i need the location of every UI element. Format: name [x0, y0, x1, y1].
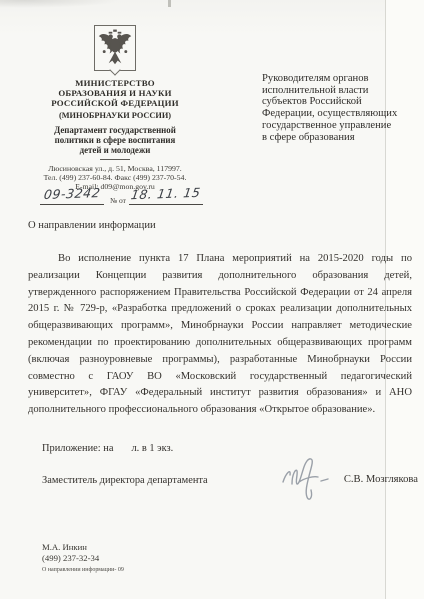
addressee-line: исполнительной власти	[262, 85, 422, 97]
ministry-abbreviation: (МИНОБРНАУКИ РОССИИ)	[8, 111, 222, 120]
department-line: политики в сфере воспитания	[8, 135, 222, 145]
handwritten-date: 18. 11. 15	[130, 185, 202, 203]
addressee-line: субъектов Российской	[262, 96, 422, 108]
reference-row: 09-3242№ от18. 11. 15	[40, 185, 230, 205]
scanned-letter-page: МИНИСТЕРСТВО ОБРАЗОВАНИЯ И НАУКИ РОССИЙС…	[0, 0, 424, 599]
scan-fold-mark	[168, 0, 171, 7]
executor-name: М.А. Инкин	[42, 542, 87, 552]
phone-fax: Тел. (499) 237-60-84. Факс (499) 237-70-…	[8, 173, 222, 182]
coat-of-arms-crest	[94, 25, 136, 71]
attachment-line: Приложение: нал. в 1 экз.	[42, 443, 173, 454]
number-date-label: № от	[110, 196, 126, 205]
subject-line: О направлении информации	[28, 220, 156, 231]
letterhead: МИНИСТЕРСТВО ОБРАЗОВАНИЯ И НАУКИ РОССИЙС…	[8, 25, 222, 191]
ministry-name: МИНИСТЕРСТВО ОБРАЗОВАНИЯ И НАУКИ РОССИЙС…	[8, 79, 222, 108]
letterhead-divider	[100, 159, 130, 160]
addressee-line: в сфере образования	[262, 132, 422, 144]
scan-smudge	[0, 0, 120, 8]
date-field: 18. 11. 15	[129, 185, 203, 205]
addressee-line: Руководителям органов	[262, 73, 422, 85]
addressee-block: Руководителям органов исполнительной вла…	[262, 73, 422, 143]
attachment-suffix: л. в 1 экз.	[131, 443, 173, 454]
executor-phone: (499) 237-32-34	[42, 553, 99, 563]
registry-note: О направлении информации- 09	[42, 567, 124, 573]
signature-autograph-icon	[280, 455, 336, 503]
ministry-line: РОССИЙСКОЙ ФЕДЕРАЦИИ	[8, 99, 222, 109]
department-line: Департамент государственной	[8, 125, 222, 135]
postal-address: Люсиновская ул., д. 51, Москва, 117997.	[8, 164, 222, 173]
body-paragraph: Во исполнение пункта 17 Плана мероприяти…	[28, 251, 412, 419]
department-line: детей и молодежи	[8, 145, 222, 155]
attachment-prefix: Приложение: на	[42, 443, 113, 454]
signer-name: С.В. Мозглякова	[334, 474, 418, 485]
department-name: Департамент государственной политики в с…	[8, 125, 222, 155]
handwritten-outgoing-number: 09-3242	[43, 185, 102, 202]
addressee-line: государственное управление	[262, 120, 422, 132]
outgoing-number-field: 09-3242	[40, 185, 104, 205]
signer-title: Заместитель директора департамента	[42, 475, 208, 486]
addressee-line: Федерации, осуществляющих	[262, 108, 422, 120]
